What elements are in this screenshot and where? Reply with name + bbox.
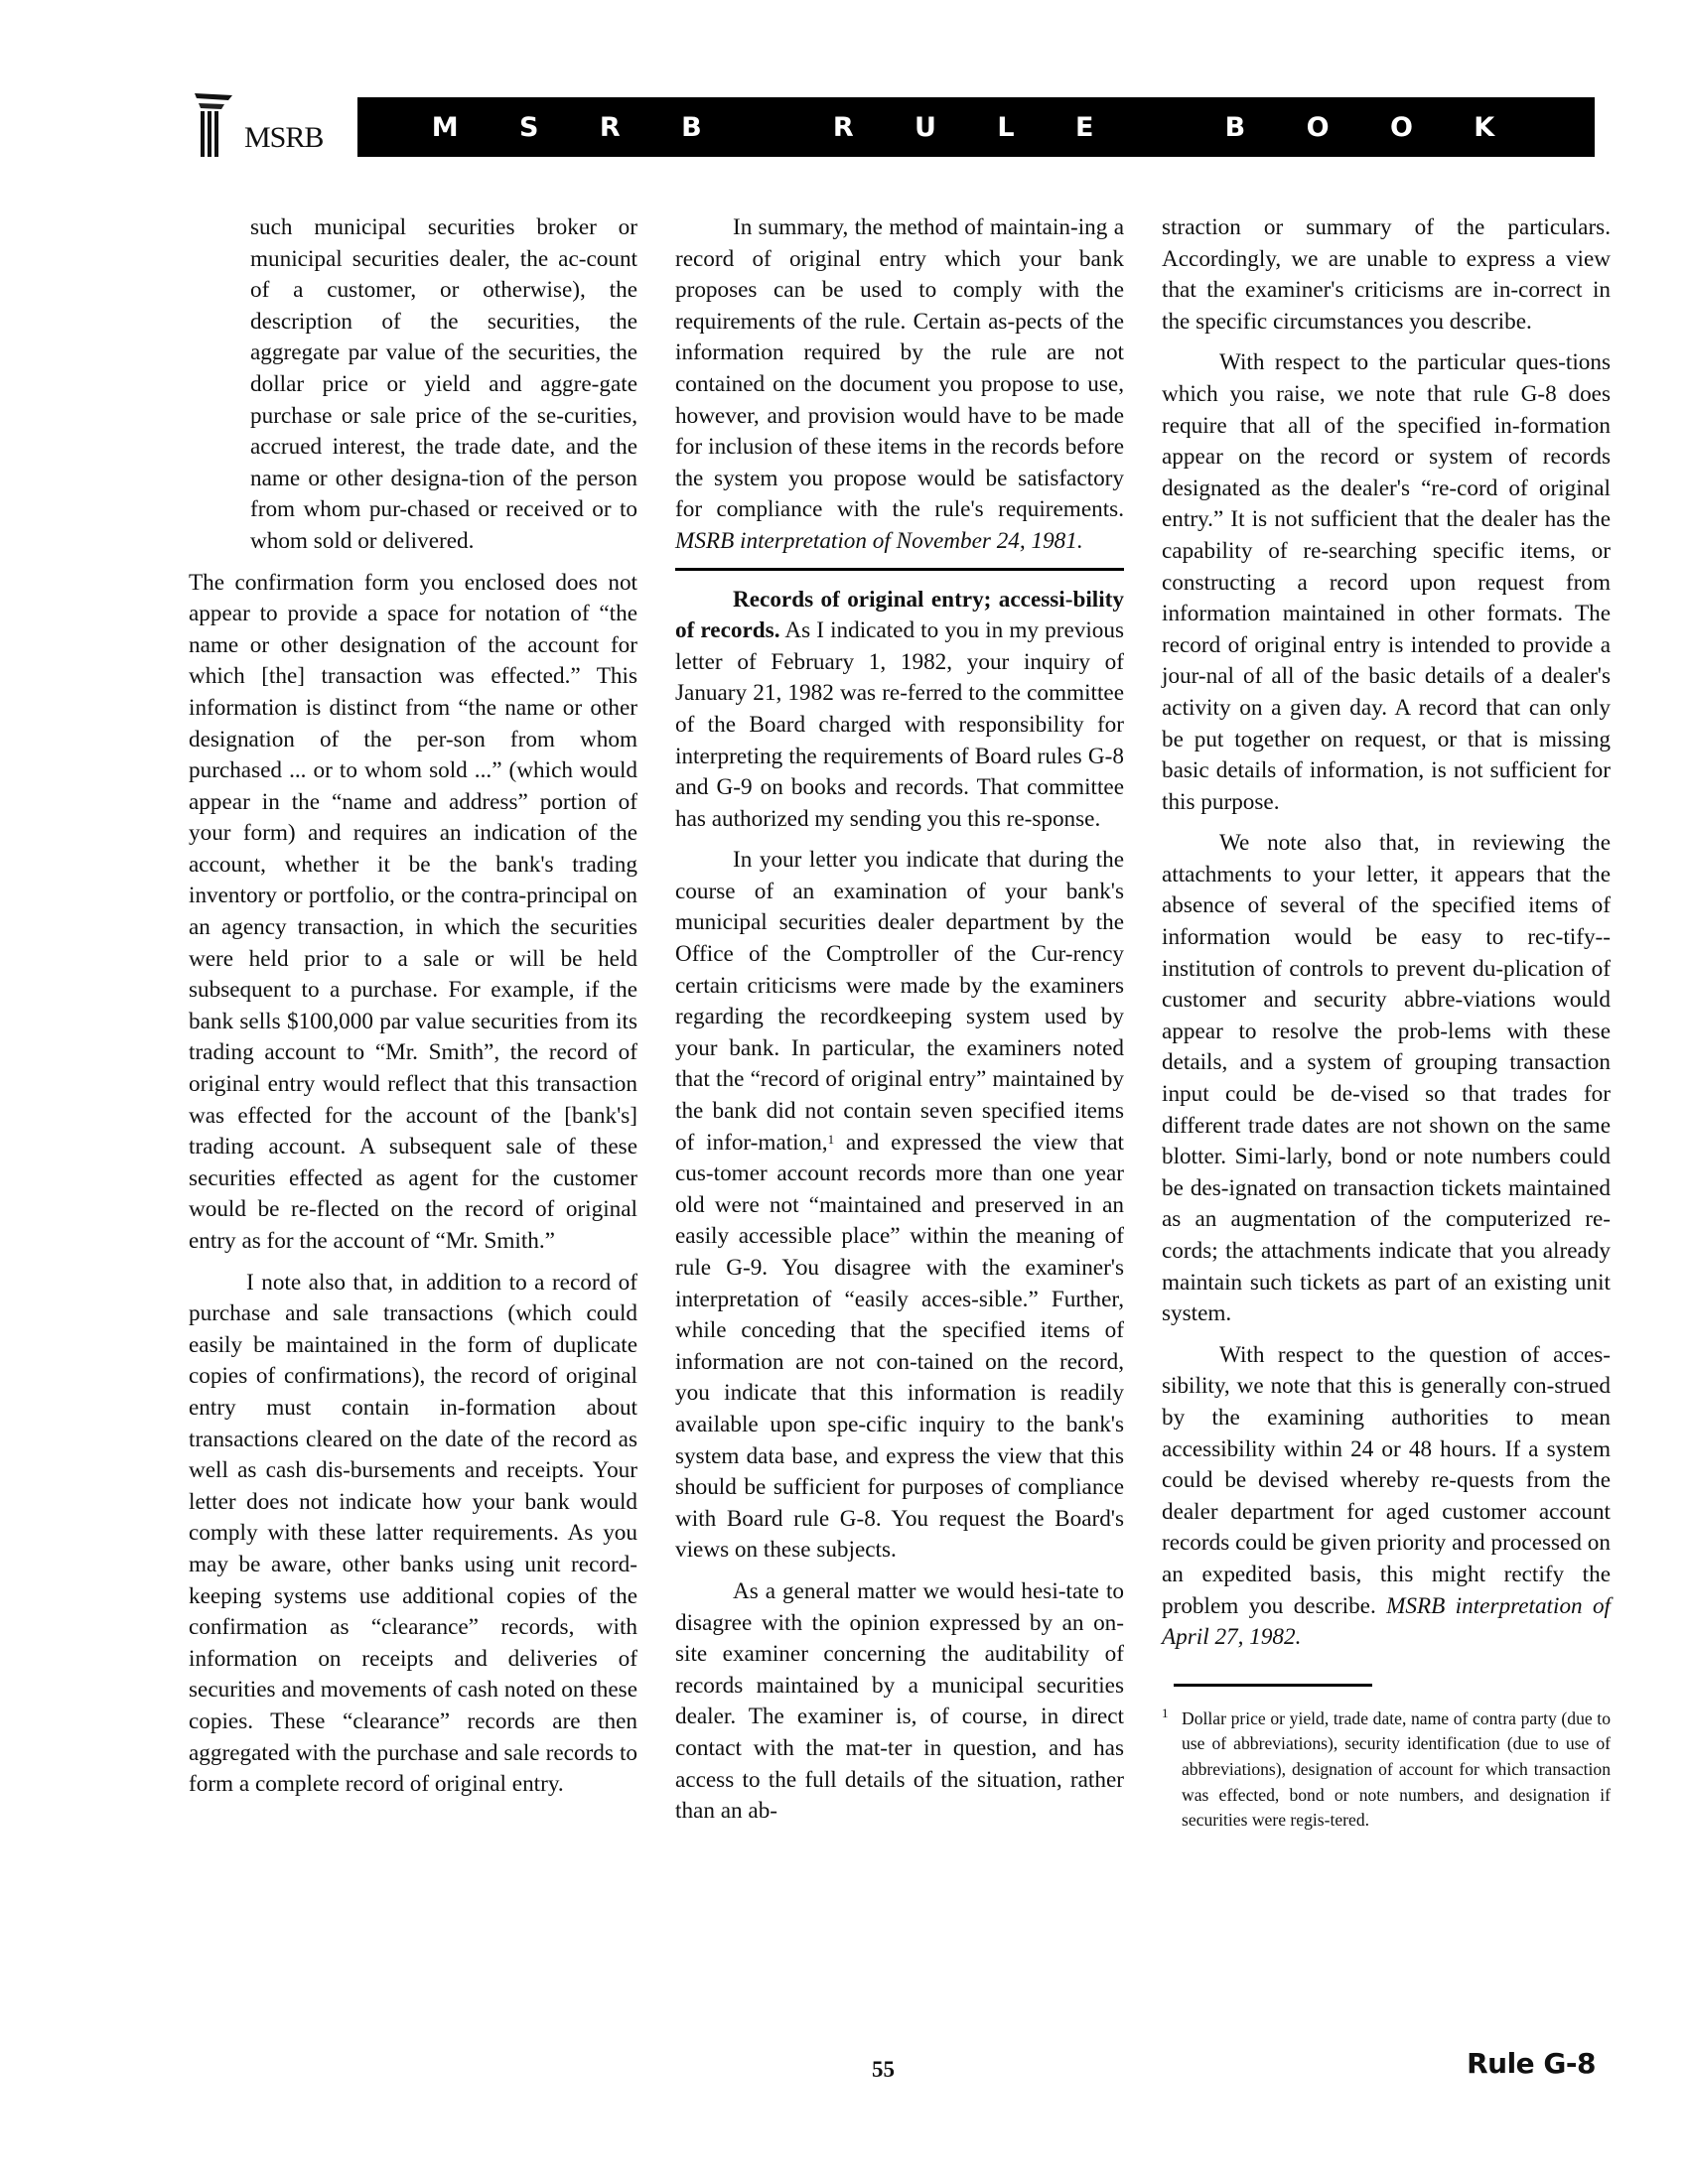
quoted-rule-text: such municipal securities broker or muni…: [250, 212, 637, 558]
footnote-reference[interactable]: 1: [828, 1132, 835, 1147]
paragraph: As a general matter we would hesi-tate t…: [675, 1576, 1124, 1828]
section-paragraph: Records of original entry; accessi-bilit…: [675, 585, 1124, 836]
paragraph: In summary, the method of maintain-ing a…: [675, 212, 1124, 558]
paragraph-text: In your letter you indicate that during …: [675, 847, 1124, 1155]
paragraph: I note also that, in addition to a recor…: [189, 1268, 637, 1801]
paragraph-text: As I indicated to you in my previous let…: [675, 617, 1124, 832]
paragraph: With respect to the particular ques-tion…: [1162, 347, 1611, 818]
header-banner: M S R B R U L E B O O K: [357, 97, 1595, 157]
footnote-divider: [1174, 1684, 1372, 1687]
paragraph-text: and expressed the view that cus-tomer ac…: [675, 1130, 1124, 1564]
footnote-number: 1: [1162, 1701, 1169, 1726]
citation: MSRB interpretation of November 24, 1981…: [675, 528, 1083, 554]
footnote-text: Dollar price or yield, trade date, name …: [1182, 1708, 1611, 1830]
column-3: straction or summary of the particulars.…: [1162, 212, 1611, 1834]
paragraph: With respect to the question of acces-si…: [1162, 1340, 1611, 1654]
page-number: 55: [872, 2057, 895, 2083]
banner-title: M S R B R U L E B O O K: [432, 112, 1520, 143]
column-pillar-icon: [195, 91, 234, 159]
paragraph: We note also that, in reviewing the atta…: [1162, 828, 1611, 1330]
paragraph: straction or summary of the particulars.…: [1162, 212, 1611, 338]
section-divider: [675, 568, 1124, 571]
paragraph: In your letter you indicate that during …: [675, 845, 1124, 1567]
footnote: 1 Dollar price or yield, trade date, nam…: [1162, 1706, 1611, 1834]
column-1: such municipal securities broker or muni…: [189, 212, 637, 1811]
column-2: In summary, the method of maintain-ing a…: [675, 212, 1124, 1838]
paragraph: The confirmation form you enclosed does …: [189, 568, 637, 1258]
msrb-logo: MSRB: [195, 91, 334, 159]
paragraph-text: In summary, the method of maintain-ing a…: [675, 214, 1124, 522]
rule-label: Rule G-8: [1467, 2047, 1596, 2080]
paragraph-text: With respect to the question of acces-si…: [1162, 1342, 1611, 1619]
logo-wordmark: MSRB: [244, 121, 323, 155]
